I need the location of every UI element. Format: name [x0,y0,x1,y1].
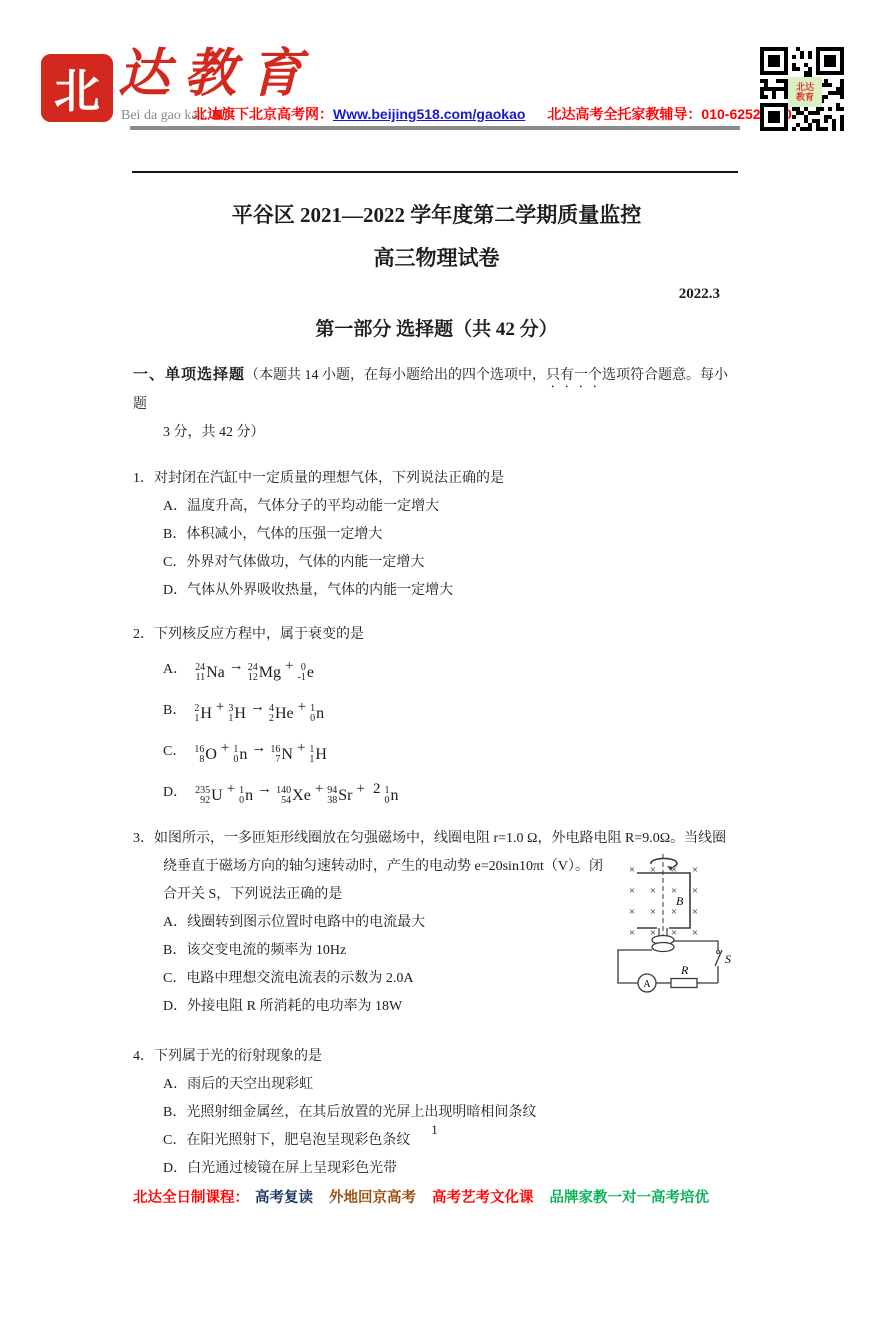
option-label: A． [163,653,187,687]
nuclear-equation-c: 168O+10n→167N+11H [194,731,327,772]
qr-code: 北达 教育 [760,47,850,135]
option-label: B． [163,694,186,728]
exam-paper-page: 北 达教育 Bei da gao kao 北达旗下北京高考网：Www.beiji… [0,0,869,1323]
beida-seal-logo: 北 [41,54,113,122]
svg-text:×: × [629,906,635,918]
option-label: D． [163,776,187,810]
field-label-B: B [676,894,684,908]
question-4-option-d: D．白光通过棱镜在屏上呈现彩色光带 [133,1155,740,1183]
nuclear-equation-a: 2411Na→2412Mg+0-1e [195,649,314,690]
header-contact-line: 北达旗下北京高考网：Www.beijing518.com/gaokao北达高考全… [193,104,792,124]
svg-text:×: × [650,864,656,876]
footer-segment: 北达全日制课程： [133,1190,249,1206]
section1-note-line2: 3 分，共 42 分） [133,419,740,447]
svg-text:×: × [671,864,677,876]
option-label: C． [163,735,186,769]
nuclear-equation-b: 21H+31H→42He+10n [194,690,324,731]
svg-text:×: × [629,927,635,939]
exam-date: 2022.3 [133,285,740,303]
svg-text:×: × [692,885,698,897]
footer-segment: 品牌家教一对一高考培优 [550,1190,710,1206]
question-2-option-b: B．21H+31H→42He+10n [133,690,740,731]
exam-title-line2: 高三物理试卷 [133,245,740,271]
header-divider-gray [130,126,740,130]
question-2-stem: 2．下列核反应方程中，属于衰变的是 [133,621,740,649]
qr-label-line2: 教育 [796,92,814,102]
question-1-option-b: B．体积减小，气体的压强一定增大 [133,521,740,549]
question-2-option-a: A．2411Na→2412Mg+0-1e [133,649,740,690]
question-1-option-c: C．外界对气体做功，气体的内能一定增大 [133,549,740,577]
svg-text:×: × [692,927,698,939]
question-3-line2: 绕垂直于磁场方向的轴匀速转动时，产生的电动势 e=20sin10πt（V）。闭 [133,853,613,881]
header-divider-black [132,171,738,173]
page-number: 1 [0,1122,869,1138]
svg-text:×: × [650,906,656,918]
footer-segment: 高考艺考文化课 [432,1190,534,1206]
qr-label-line1: 北达 [796,82,814,92]
exam-title-line1: 平谷区 2021—2022 学年度第二学期质量监控 [133,202,740,228]
seal-character: 北 [54,55,100,121]
footer-course-line: 北达全日制课程：高考复读外地回京高考高考艺考文化课品牌家教一对一高考培优 [133,1186,773,1207]
footer-segment: 外地回京高考 [329,1190,416,1206]
question-1-stem: 1．对封闭在汽缸中一定质量的理想气体，下列说法正确的是 [133,465,740,493]
switch-label-S: S [725,952,731,966]
brand-calligraphy: 达教育 [118,44,316,104]
slip-ring-bottom [652,943,674,952]
question-4-option-a: A．雨后的天空出现彩虹 [133,1071,740,1099]
question-2-option-c: C．168O+10n→167N+11H [133,731,740,772]
section1-title: 一、单项选择题 [133,366,245,383]
question-3-line1: 3．如图所示，一多匝矩形线圈放在匀强磁场中，线圈电阻 r=1.0 Ω，外电路电阻… [133,825,740,853]
svg-text:×: × [692,864,698,876]
gaokao-site-link[interactable]: Www.beijing518.com/gaokao [333,106,525,122]
ammeter-label-A: A [643,979,651,990]
question-1-option-d: D．气体从外界吸收热量，气体的内能一定增大 [133,577,740,605]
question-4: 4．下列属于光的衍射现象的是 A．雨后的天空出现彩虹 B．光照射细金属丝，在其后… [133,1043,740,1183]
footer-segment: 高考复读 [255,1190,313,1206]
question-2-option-d: D．23592U+10n→14054Xe+9438Sr+210n [133,772,740,813]
document-body: 平谷区 2021—2022 学年度第二学期质量监控 高三物理试卷 2022.3 … [133,190,740,1183]
part1-heading: 第一部分 选择题（共 42 分） [133,316,740,344]
tutor-label: 北达高考全托家教辅导： [547,106,701,122]
switch-pivot [717,951,720,954]
svg-text:×: × [650,885,656,897]
wire-top-right [674,941,718,950]
svg-text:×: × [629,885,635,897]
svg-text:×: × [692,906,698,918]
question-4-stem: 4．下列属于光的衍射现象的是 [133,1043,740,1071]
section1-note-emphasized: 只有一个 [546,368,602,383]
question-2: 2．下列核反应方程中，属于衰变的是 A．2411Na→2412Mg+0-1e B… [133,621,740,813]
question-3: 3．如图所示，一多匝矩形线圈放在匀强磁场中，线圈电阻 r=1.0 Ω，外电路电阻… [133,825,740,1021]
site-label: 北达旗下北京高考网： [193,106,333,122]
section1-heading-line: 一、单项选择题（本题共 14 小题，在每小题给出的四个选项中，只有一个选项符合题… [133,361,740,419]
question-1: 1．对封闭在汽缸中一定质量的理想气体，下列说法正确的是 A．温度升高，气体分子的… [133,465,740,605]
svg-text:×: × [629,864,635,876]
resistor-box [671,979,697,988]
qr-center-label: 北达 教育 [788,77,822,107]
coil-circuit-figure: ×××× ×××× ×××× ×××× B S R [610,853,750,1005]
section1-note-pre: （本题共 14 小题，在每小题给出的四个选项中， [245,368,546,383]
question-1-option-a: A．温度升高，气体分子的平均动能一定增大 [133,493,740,521]
resistor-label-R: R [680,963,689,977]
nuclear-equation-d: 23592U+10n→14054Xe+9438Sr+210n [195,772,398,813]
